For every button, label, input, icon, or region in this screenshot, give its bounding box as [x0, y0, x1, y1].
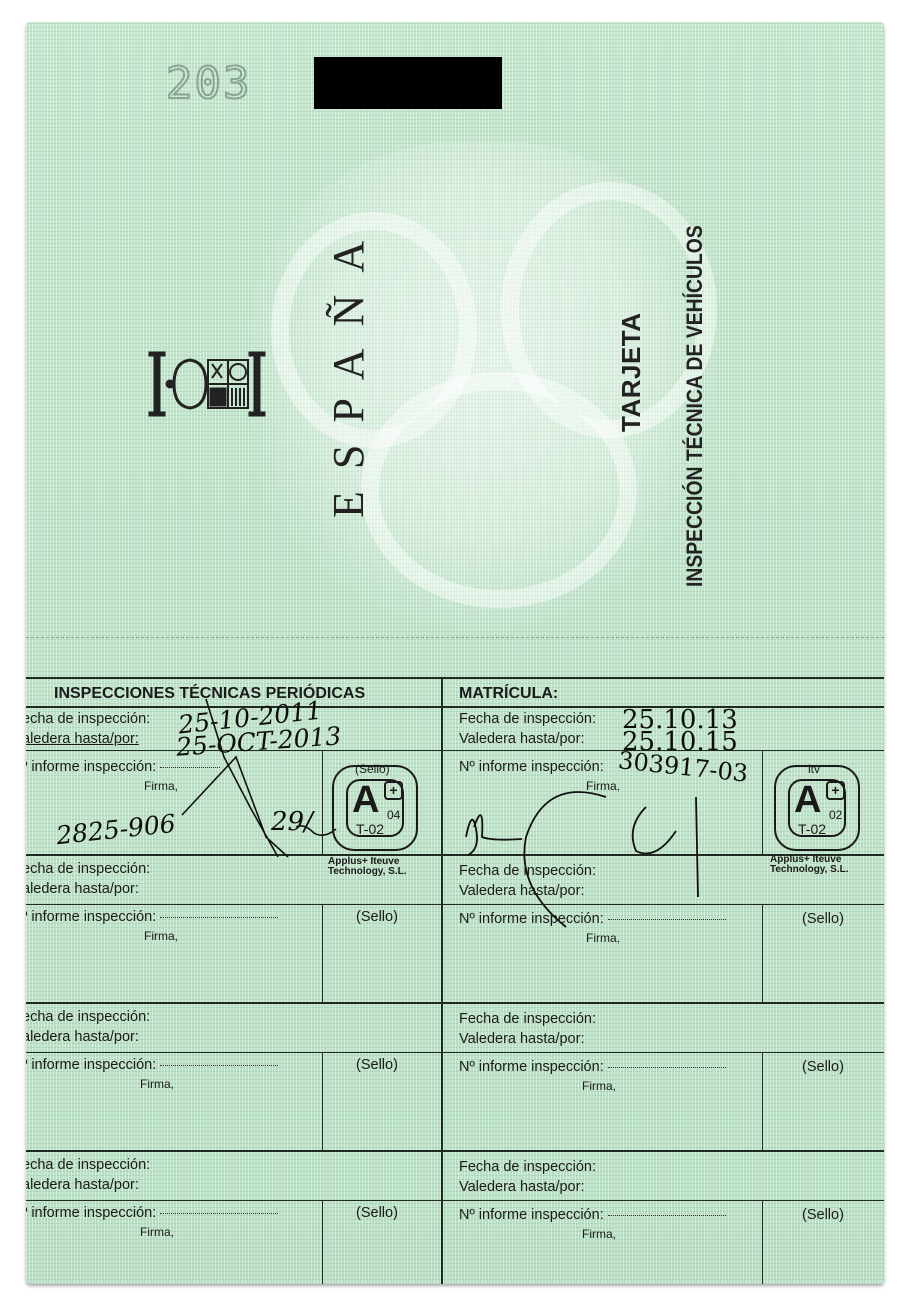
stamp-label: (Sello)	[356, 909, 398, 925]
emblem-watermark	[241, 142, 721, 632]
report-number-label: Nº informe inspección:	[459, 1059, 726, 1075]
inspection-date-label: Fecha de inspección:	[459, 1011, 596, 1027]
stamp-label: (Sello)	[802, 911, 844, 927]
stamp-issuer: Applus+ IteuveTechnology, S.L.	[770, 855, 849, 875]
signature-label: Firma,	[140, 1077, 174, 1091]
inspection-stamp: (Sello) A + 04 T-02	[332, 765, 418, 851]
inspection-date-label: echa de inspección:	[26, 861, 150, 877]
handwritten-report-number: 2825-906	[55, 809, 177, 850]
stamp-issuer: Applus+ IteuveTechnology, S.L.	[328, 857, 407, 877]
stamp-label: (Sello)	[802, 1207, 844, 1223]
signature-label: Firma,	[582, 1079, 616, 1093]
inspection-date-label: Fecha de inspección:	[459, 863, 596, 879]
stamp-label: (Sello)	[356, 1057, 398, 1073]
report-number-label: Nº informe inspección:	[459, 911, 726, 927]
inspection-date-label: echa de inspección:	[26, 711, 150, 727]
fold-line	[26, 637, 884, 638]
report-number-label: Nº informe inspección:	[459, 759, 604, 775]
valid-until-label: aledera hasta/por:	[26, 731, 139, 747]
valid-until-label: aledera hasta/por:	[26, 1177, 139, 1193]
report-number-label: º informe inspección:	[26, 909, 278, 925]
inspection-date-label: Fecha de inspección:	[459, 711, 596, 727]
inspection-stamp: itv A + 02 T-02	[774, 765, 860, 851]
inspection-card: 203 ESPAÑA TARJETA INSPECCIÓN TÉCNICA DE…	[26, 22, 884, 1284]
valid-until-label: aledera hasta/por:	[26, 881, 139, 897]
plus-icon: +	[384, 781, 403, 800]
signature-label: Firma,	[144, 929, 178, 943]
valid-until-label: aledera hasta/por:	[26, 1029, 139, 1045]
perforated-serial-number: 203	[166, 55, 296, 111]
valid-until-label: Valedera hasta/por:	[459, 1179, 584, 1195]
report-number-label: º informe inspección:	[26, 1205, 278, 1221]
signature-label: Firma,	[144, 779, 178, 793]
valid-until-label: Valedera hasta/por:	[459, 1031, 584, 1047]
card-subtitle: INSPECCIÓN TÉCNICA DE VEHÍCULOS	[682, 225, 708, 587]
country-title: ESPAÑA	[323, 219, 374, 518]
inspection-date-label: Fecha de inspección:	[459, 1159, 596, 1175]
report-number-label: º informe inspección:	[26, 1057, 278, 1073]
valid-until-label: Valedera hasta/por:	[459, 731, 584, 747]
coat-of-arms-icon	[146, 348, 268, 420]
stamp-label: (Sello)	[356, 1205, 398, 1221]
signature-strokes	[456, 777, 716, 927]
stamp-label: (Sello)	[802, 1059, 844, 1075]
valid-until-label: Valedera hasta/por:	[459, 883, 584, 899]
inspection-date-label: echa de inspección:	[26, 1009, 150, 1025]
card-title: TARJETA	[616, 312, 647, 432]
redacted-number	[314, 57, 502, 109]
inspection-date-label: echa de inspección:	[26, 1157, 150, 1173]
signature-label: Firma,	[582, 1227, 616, 1241]
signature-label: Firma,	[586, 931, 620, 945]
report-number-label: Nº informe inspección:	[459, 1207, 726, 1223]
plus-icon: +	[826, 781, 845, 800]
registration-plate-label: MATRÍCULA:	[459, 685, 558, 703]
signature-label: Firma,	[140, 1225, 174, 1239]
signature-strokes	[176, 697, 336, 857]
